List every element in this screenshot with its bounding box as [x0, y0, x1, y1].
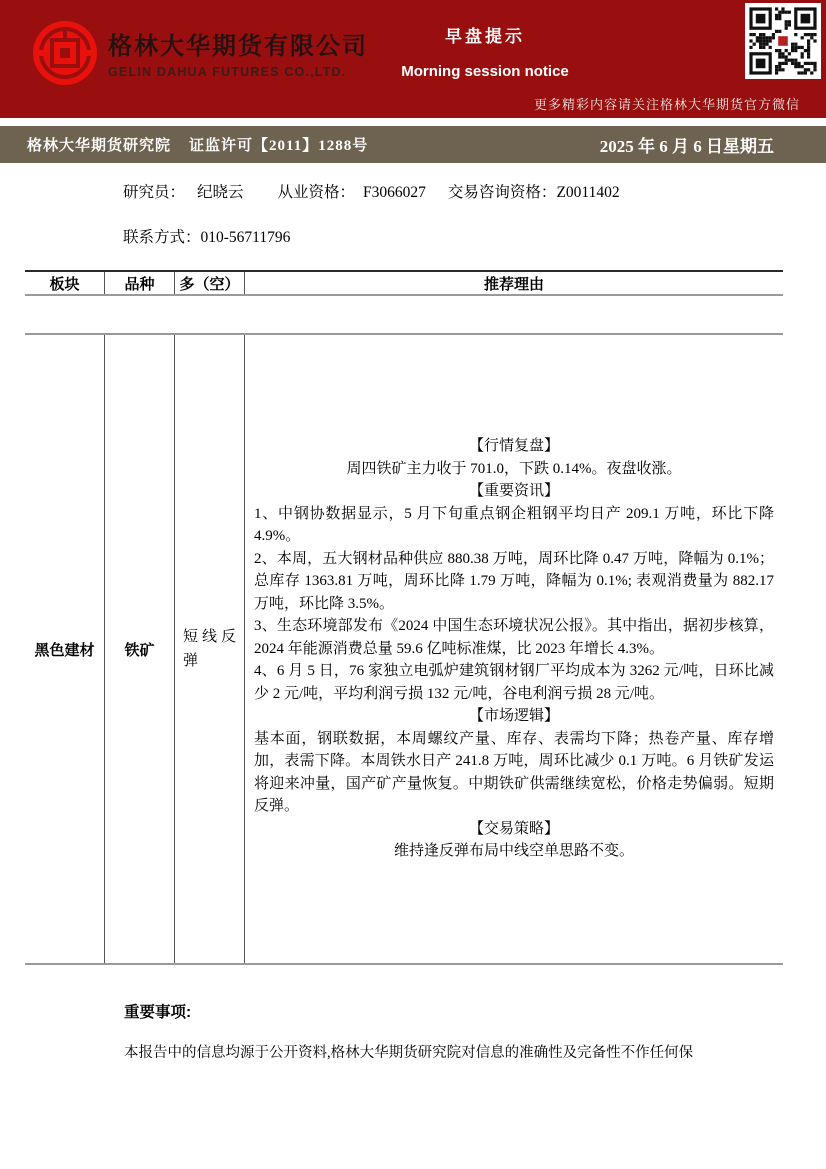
- col-header-position: 多（空）: [174, 272, 244, 294]
- position-cell: 短线反弹: [174, 335, 244, 963]
- morning-notice-page: { "header": { "company_name_cn": "格林大华期货…: [0, 0, 826, 1169]
- contact-label: 联系方式：: [123, 225, 201, 247]
- company-logo-icon: [32, 20, 98, 86]
- advisory-label: 交易咨询资格：: [448, 180, 557, 202]
- qualification-label: 从业资格：: [278, 180, 356, 202]
- institute-name: 格林大华期货研究院: [27, 138, 171, 154]
- reason-paragraph: 周四铁矿主力收于 701.0，下跌 0.14%。夜盘收涨。: [347, 458, 682, 481]
- researcher-name: 纪晓云: [197, 180, 244, 202]
- company-name-en: GELIN DAHUA FUTURES CO.,LTD.: [108, 65, 368, 79]
- contact-line: 联系方式：010-56711796: [123, 225, 290, 247]
- company-name-cn: 格林大华期货有限公司: [108, 26, 368, 61]
- table-header-row: 板块 品种 多（空） 推荐理由: [25, 270, 783, 296]
- header-banner: 格林大华期货有限公司 GELIN DAHUA FUTURES CO.,LTD. …: [0, 0, 826, 118]
- reason-paragraph: 【交易策略】: [469, 818, 559, 841]
- table-row: 黑色建材 铁矿 短线反弹 【行情复盘】周四铁矿主力收于 701.0，下跌 0.1…: [25, 333, 783, 965]
- wechat-qr-code: [745, 3, 821, 79]
- reason-paragraph: 3、生态环境部发布《2024 中国生态环境状况公报》。其中指出，据初步核算，20…: [254, 615, 774, 660]
- qualification-number: F3066027: [363, 184, 426, 202]
- reason-paragraph: 2、本周，五大钢材品种供应 880.38 万吨，周环比降 0.47 万吨，降幅为…: [254, 548, 774, 616]
- reason-paragraph: 1、中钢协数据显示，5 月下旬重点钢企粗钢平均日产 209.1 万吨，环比下降 …: [254, 503, 774, 548]
- wechat-note: 更多精彩内容请关注格林大华期货官方微信: [534, 94, 800, 113]
- important-notice-title: 重要事项:: [124, 1000, 191, 1022]
- reason-paragraph: 基本面，钢联数据，本周螺纹产量、库存、表需均下降；热卷产量、库存增加，表需下降。…: [254, 728, 774, 818]
- col-header-reason: 推荐理由: [244, 272, 783, 294]
- reason-paragraph: 4、6 月 5 日，76 家独立电弧炉建筑钢材钢厂平均成本为 3262 元/吨，…: [254, 660, 774, 705]
- reason-cell: 【行情复盘】周四铁矿主力收于 701.0，下跌 0.14%。夜盘收涨。【重要资讯…: [244, 335, 783, 963]
- disclaimer-text: 本报告中的信息均源于公开资料,格林大华期货研究院对信息的准确性及完备性不作任何保: [124, 1041, 784, 1062]
- advisory-number: Z0011402: [556, 184, 619, 202]
- reason-paragraph: 维持逢反弹布局中线空单思路不变。: [394, 840, 634, 863]
- contact-phone: 010-56711796: [201, 229, 291, 247]
- sector-cell: 黑色建材: [25, 335, 104, 963]
- reason-paragraph: 【行情复盘】: [469, 435, 559, 458]
- license-number: 证监许可【2011】1288号: [189, 138, 368, 154]
- info-bar: 格林大华期货研究院证监许可【2011】1288号 2025 年 6 月 6 日星…: [0, 126, 826, 163]
- report-date: 2025 年 6 月 6 日星期五: [600, 132, 826, 157]
- variety-cell: 铁矿: [104, 335, 174, 963]
- col-header-variety: 品种: [104, 272, 174, 294]
- qr-pattern-icon: [745, 3, 821, 79]
- researcher-label: 研究员：: [123, 180, 185, 202]
- page-subtitle: Morning session notice: [385, 63, 585, 80]
- col-header-sector: 板块: [25, 272, 104, 294]
- researcher-line: 研究员：纪晓云从业资格：F3066027交易咨询资格：Z0011402: [123, 180, 620, 202]
- reason-paragraph: 【重要资讯】: [469, 480, 559, 503]
- reason-paragraph: 【市场逻辑】: [469, 705, 559, 728]
- page-title: 早盘提示: [385, 22, 585, 47]
